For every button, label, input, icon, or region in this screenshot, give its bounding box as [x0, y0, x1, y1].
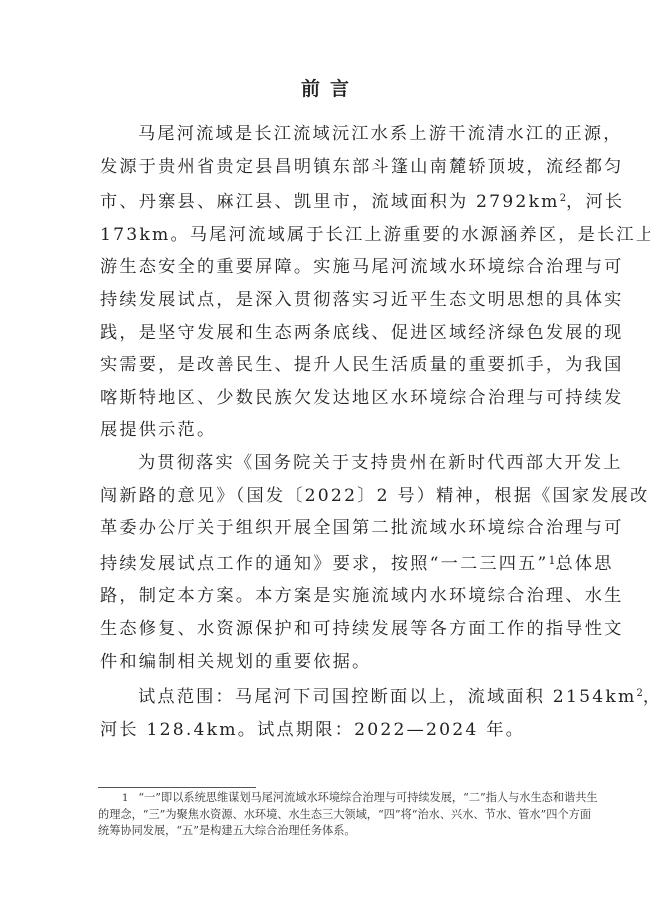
footnote-reference[interactable]: 1	[549, 554, 556, 567]
text-line: 展提供示范。	[100, 414, 555, 447]
text-line: 试点范围：马尾河下司国控断面以上，流域面积 2154km2，	[100, 678, 555, 714]
page-title: 前言	[0, 74, 650, 101]
text-line: 游生态安全的重要屏障。实施马尾河流域水环境综合治理与可	[100, 251, 555, 284]
text-line: 173km。马尾河流域属于长江上游重要的水源涵养区，是长江上	[100, 219, 555, 252]
text-line: 河长 128.4km。试点期限：2022—2024 年。	[100, 714, 555, 747]
document-page: 前言 马尾河流域是长江流域沅江水系上游干流清水江的正源， 发源于贵州省贵定县昌明…	[0, 0, 650, 919]
footnote-separator	[98, 787, 256, 788]
text-segment: “一”即以系统思维谋划马尾河流域水环境综合治理与可持续发展，“二”指人与水生态和…	[138, 791, 597, 804]
text-line: 实需要，是改善民生、提升人民生活质量的重要抓手，为我国	[100, 349, 555, 382]
footnote-number: 1	[98, 791, 138, 807]
text-line: 生态修复、水资源保护和可持续发展等各方面工作的指导性文	[100, 613, 555, 646]
paragraph-overview: 马尾河流域是长江流域沅江水系上游干流清水江的正源， 发源于贵州省贵定县昌明镇东部…	[100, 118, 555, 447]
text-segment: 试点范围：马尾河下司国控断面以上，流域面积 2154km	[138, 687, 636, 707]
text-line: 持续发展试点，是深入贯彻落实习近平生态文明思想的具体实	[100, 284, 555, 317]
footnote-line: 统筹协同发展，“五”是构建五大综合治理任务体系。	[98, 823, 556, 839]
text-segment: 市、丹寨县、麻江县、凯里市，流域面积为 2792km	[100, 192, 560, 212]
text-line: 喀斯特地区、少数民族欠发达地区水环境综合治理与可持续发	[100, 382, 555, 415]
footnote-line: 的理念，“三”为聚焦水资源、水环境、水生态三大领域，“四”将“治水、兴水、节水、…	[98, 807, 556, 823]
text-line: 持续发展试点工作的通知》要求，按照“一二三四五”1总体思	[100, 545, 555, 581]
text-line: 件和编制相关规划的重要依据。	[100, 646, 555, 679]
paragraph-basis: 为贯彻落实《国务院关于支持贵州在新时代西部大开发上 闯新路的意见》（国发〔202…	[100, 447, 555, 678]
text-line: 马尾河流域是长江流域沅江水系上游干流清水江的正源，	[100, 118, 555, 151]
text-line: 践，是坚守发展和生态两条底线、促进区域经济绿色发展的现	[100, 317, 555, 350]
text-segment: 总体思	[556, 554, 614, 574]
text-line: 市、丹寨县、麻江县、凯里市，流域面积为 2792km2，河长	[100, 183, 555, 219]
text-line: 为贯彻落实《国务院关于支持贵州在新时代西部大开发上	[100, 447, 555, 480]
text-segment: 持续发展试点工作的通知》要求，按照“一二三四五”	[100, 554, 549, 574]
text-line: 革委办公厅关于组织开展全国第二批流域水环境综合治理与可	[100, 512, 555, 545]
footnote-line: 1“一”即以系统思维谋划马尾河流域水环境综合治理与可持续发展，“二”指人与水生态…	[98, 790, 556, 807]
text-segment: ，河长	[566, 192, 624, 212]
text-line: 路，制定本方案。本方案是实施流域内水环境综合治理、水生	[100, 580, 555, 613]
body-text: 马尾河流域是长江流域沅江水系上游干流清水江的正源， 发源于贵州省贵定县昌明镇东部…	[100, 118, 555, 746]
text-segment: ，	[643, 687, 650, 707]
text-line: 闯新路的意见》（国发〔2022〕2 号）精神，根据《国家发展改	[100, 480, 555, 513]
paragraph-scope: 试点范围：马尾河下司国控断面以上，流域面积 2154km2， 河长 128.4k…	[100, 678, 555, 746]
text-line: 发源于贵州省贵定县昌明镇东部斗篷山南麓轿顶坡，流经都匀	[100, 151, 555, 184]
footnote: 1“一”即以系统思维谋划马尾河流域水环境综合治理与可持续发展，“二”指人与水生态…	[98, 790, 556, 839]
